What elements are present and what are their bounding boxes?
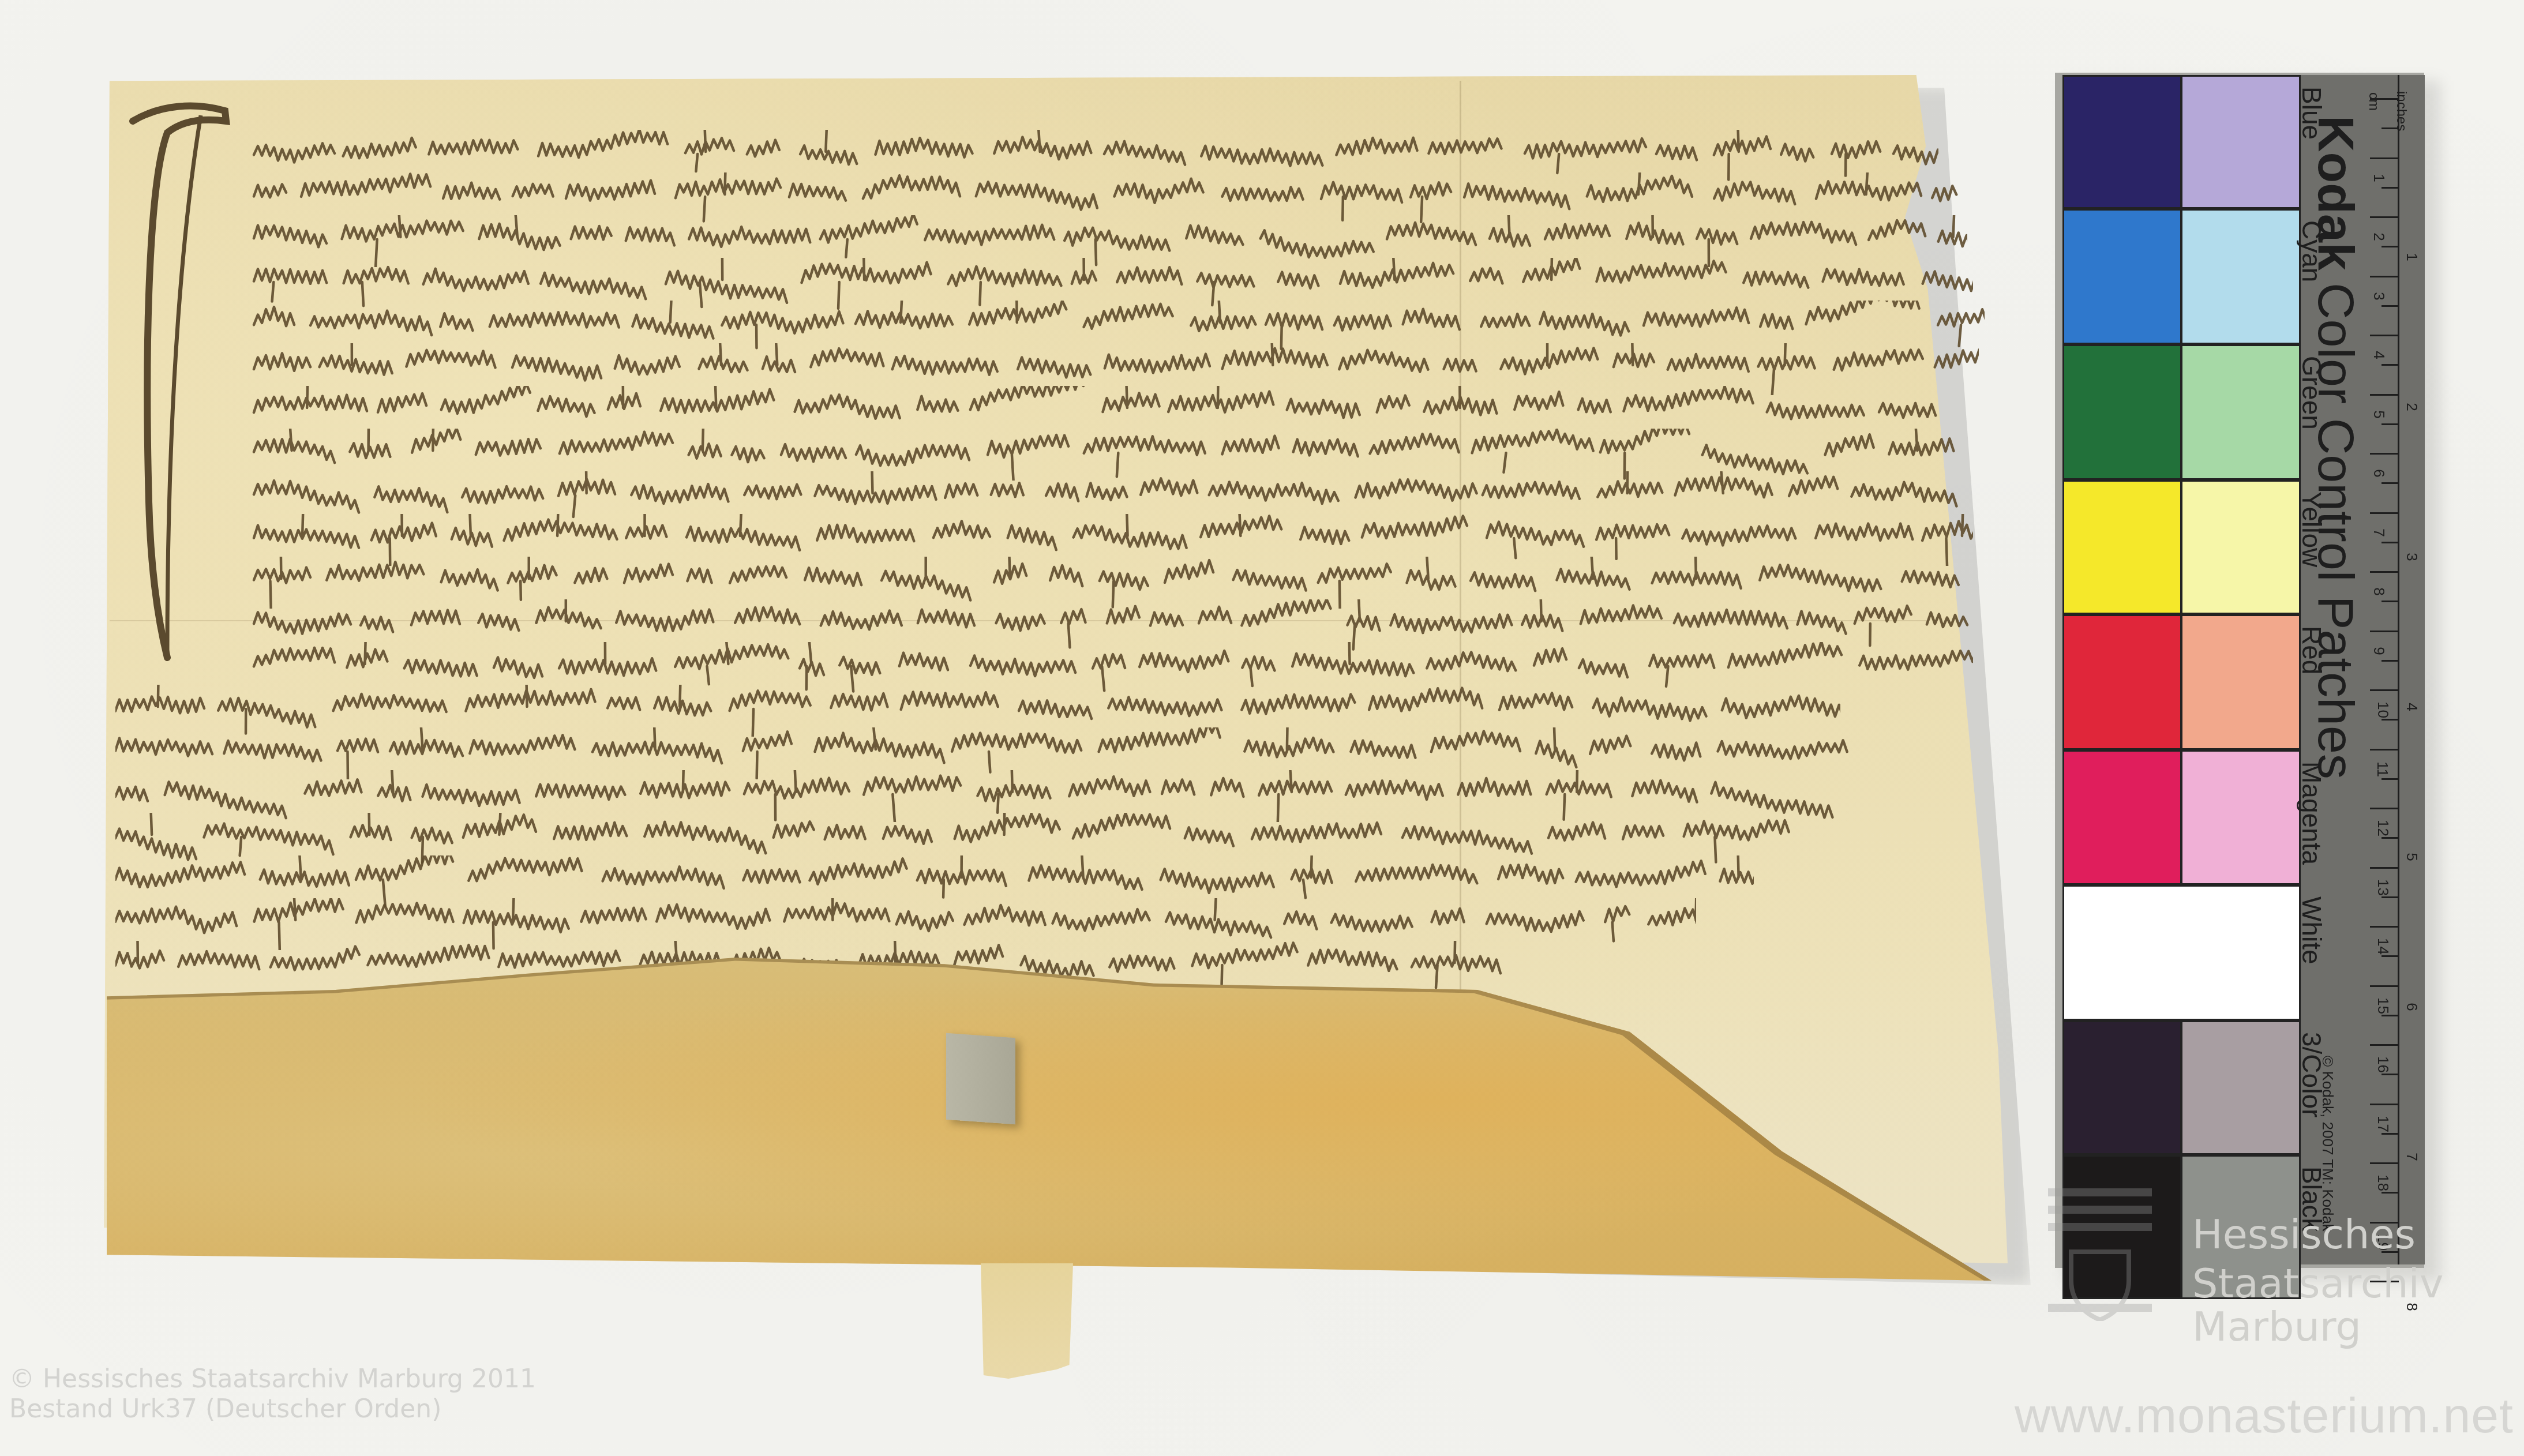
ruler-tick (2382, 127, 2399, 129)
ruler-tick (2382, 187, 2399, 189)
handwritten-line (242, 813, 1962, 855)
handwritten-line (242, 301, 1962, 343)
handwritten-line (242, 471, 1962, 514)
handwritten-line (242, 642, 1962, 685)
ruler-tick (2370, 276, 2399, 277)
patch-yellow-dark (2062, 480, 2182, 614)
cm-number: 11 (2373, 761, 2391, 777)
handwritten-line (242, 172, 1962, 215)
ruler-tick (2382, 955, 2399, 957)
cm-number: 7 (2370, 528, 2388, 536)
patch-green-light (2181, 344, 2301, 480)
ruler-tick (2370, 335, 2399, 336)
hessen-coat-of-arms-icon (2048, 1188, 2152, 1321)
ruler-tick (2370, 985, 2399, 987)
ruler-tick (2382, 246, 2399, 247)
cm-number: 1 (2370, 174, 2388, 182)
ruler-tick (2370, 1104, 2399, 1105)
patch-blue-light (2181, 75, 2301, 209)
seal-slot (946, 1033, 1015, 1124)
cm-number: 2 (2370, 232, 2388, 241)
handwritten-line (242, 770, 1962, 813)
handwritten-line (242, 130, 1962, 172)
ruler-tick (2370, 749, 2399, 750)
handwritten-line (242, 685, 1962, 727)
patch-label: Blue (2296, 87, 2327, 140)
patch-cyan-dark (2062, 209, 2182, 344)
inch-number: 2 (2403, 403, 2421, 411)
patch-label: Green (2296, 356, 2327, 430)
handwritten-line (242, 215, 1962, 258)
ruler-tick (2382, 364, 2399, 366)
patch-label: Magenta (2296, 761, 2327, 865)
inch-number: 5 (2403, 853, 2421, 861)
ruler-tick (2370, 1044, 2399, 1046)
handwritten-line (242, 898, 1962, 941)
ruler-tick (2370, 808, 2399, 809)
cm-number: 3 (2370, 292, 2388, 300)
handwritten-line (242, 599, 1962, 642)
logo-text-1: Hessisches (2192, 1211, 2416, 1258)
patch-white (2062, 885, 2301, 1020)
copyright-line-2: Bestand Urk37 (Deutscher Orden) (9, 1394, 536, 1424)
patch-yellow-light (2181, 480, 2301, 614)
handwritten-line (242, 557, 1962, 599)
ruler-tick (2382, 305, 2399, 307)
handwritten-line (242, 855, 1962, 898)
ruler-tick (2382, 778, 2399, 780)
ruler-tick (2370, 98, 2399, 100)
ruler-tick (2382, 542, 2399, 543)
handwritten-line (242, 514, 1962, 557)
patch-green-dark (2062, 344, 2182, 480)
cm-number: 6 (2370, 469, 2388, 477)
patch-magenta-light (2181, 750, 2301, 885)
seal-tag (981, 1263, 1073, 1379)
patch-blue-dark (2062, 75, 2182, 209)
inch-number: 3 (2403, 553, 2421, 561)
cm-number: 5 (2370, 410, 2388, 418)
ruler-tick (2382, 423, 2399, 425)
ruler-tick (2370, 926, 2399, 928)
ruler-tick (2370, 867, 2399, 869)
ruler-tick (2370, 157, 2399, 159)
ruler-tick (2382, 660, 2399, 662)
patch-red-light (2181, 614, 2301, 750)
patch-magenta-dark (2062, 750, 2182, 885)
patch-label: Yellow (2296, 491, 2327, 567)
ruler-tick (2370, 631, 2399, 632)
patch-cyan-light (2181, 209, 2301, 344)
patch-label: Red (2296, 626, 2327, 674)
cm-number: 12 (2374, 820, 2392, 836)
website-watermark: www.monasterium.net (2015, 1387, 2514, 1444)
handwritten-line (242, 258, 1962, 301)
ruler-tick (2382, 1074, 2399, 1075)
cm-number: 10 (2374, 701, 2392, 718)
patch-label: 3/Color (2296, 1032, 2327, 1117)
inch-number: 1 (2403, 253, 2421, 261)
ruler-tick (2382, 601, 2399, 602)
patch-red-dark (2062, 614, 2182, 750)
units-inches: inches (2393, 91, 2409, 131)
inch-number: 7 (2403, 1153, 2421, 1161)
cm-number: 15 (2374, 997, 2392, 1014)
ruler-tick (2382, 719, 2399, 721)
logo-text-2: Staatsarchiv (2192, 1260, 2443, 1307)
patch-label: White (2296, 896, 2327, 965)
inch-number: 4 (2403, 703, 2421, 711)
ruler-tick (2370, 216, 2399, 218)
ruler-tick (2370, 453, 2399, 455)
ruler-tick (2370, 689, 2399, 691)
ruler-tick (2382, 896, 2399, 898)
decorated-initial-icon (127, 98, 237, 663)
ruler-tick (2370, 512, 2399, 514)
ruler-tick (2382, 837, 2399, 839)
copyright-line-1: © Hessisches Staatsarchiv Marburg 2011 (9, 1364, 536, 1394)
copyright-watermark: © Hessisches Staatsarchiv Marburg 2011 B… (9, 1364, 536, 1424)
handwritten-line (242, 429, 1962, 471)
cm-number: 17 (2374, 1116, 2392, 1132)
cm-number: 4 (2370, 351, 2388, 359)
ruler-spine (2398, 75, 2399, 1264)
patch-label: Cyan (2296, 220, 2327, 282)
cm-number: 16 (2374, 1056, 2392, 1073)
cm-number: 18 (2374, 1174, 2392, 1191)
cm-number: 9 (2370, 647, 2388, 655)
units-cm: cm (2365, 92, 2382, 111)
kodak-ruler: Kodak Color Control Patches © Kodak, 200… (2299, 75, 2425, 1264)
handwritten-line (242, 386, 1962, 429)
ruler-tick (2382, 1133, 2399, 1135)
ruler-tick (2382, 1192, 2399, 1194)
patch-3-color-light (2181, 1020, 2301, 1155)
inch-number: 6 (2403, 1003, 2421, 1011)
patch-3-color-dark (2062, 1020, 2182, 1155)
cm-number: 8 (2370, 587, 2388, 595)
ruler-tick (2370, 394, 2399, 396)
handwritten-text-block (242, 130, 1962, 984)
ruler-tick (2370, 571, 2399, 573)
ruler-tick (2382, 1015, 2399, 1016)
cm-number: 14 (2374, 938, 2392, 955)
handwritten-line (242, 727, 1962, 770)
cm-number: 13 (2374, 879, 2392, 896)
logo-text-3: Marburg (2192, 1304, 2361, 1350)
handwritten-line (242, 343, 1962, 386)
ruler-tick (2370, 1162, 2399, 1164)
ruler-tick (2382, 482, 2399, 484)
